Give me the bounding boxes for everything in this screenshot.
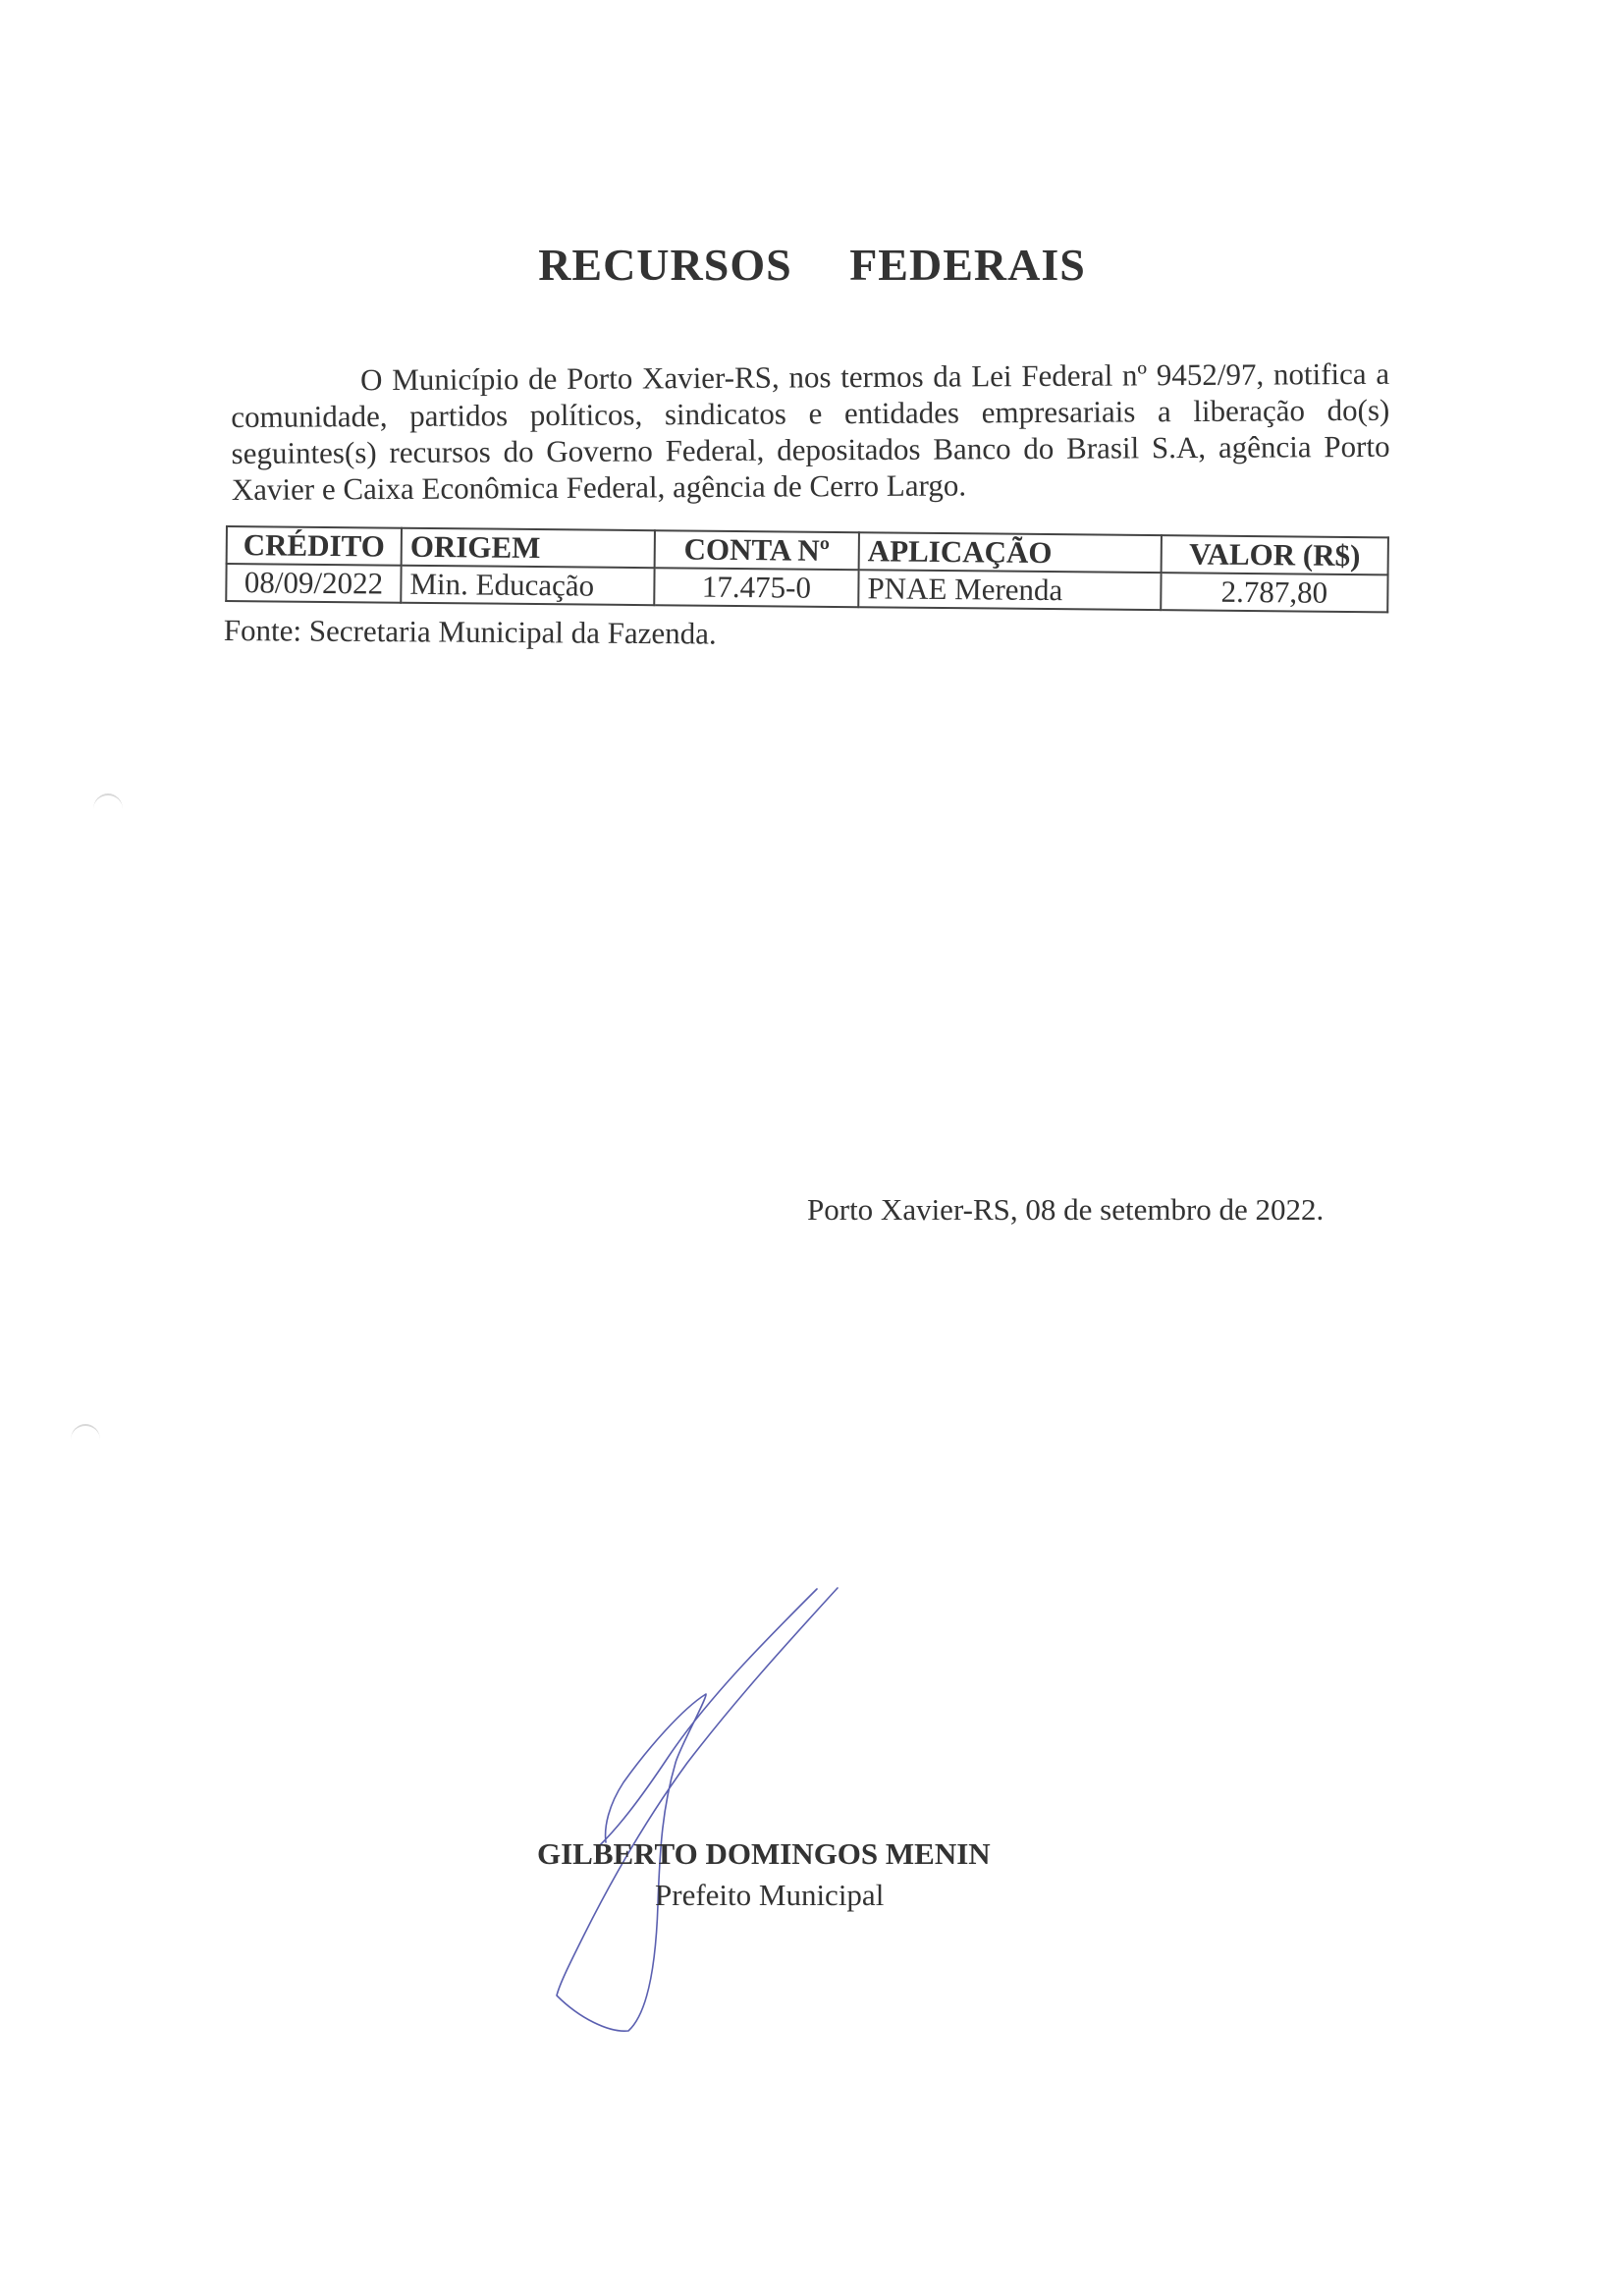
header-aplicacao: APLICAÇÃO [859,532,1162,573]
notice-text: O Município de Porto Xavier-RS, nos term… [231,356,1389,507]
cell-valor: 2.787,80 [1161,573,1387,612]
place-date: Porto Xavier-RS, 08 de setembro de 2022. [807,1192,1324,1228]
handwritten-signature [511,1552,1060,2062]
header-credito: CRÉDITO [227,526,402,566]
cell-credito: 08/09/2022 [226,564,401,603]
header-conta: CONTA Nº [655,530,859,570]
punch-hole-mark [93,793,123,825]
cell-conta: 17.475-0 [654,568,858,607]
cell-aplicacao: PNAE Merenda [858,570,1161,610]
header-valor: VALOR (R$) [1162,535,1388,574]
document-title: RECURSOS FEDERAIS [0,239,1624,291]
resources-table-container: CRÉDITO ORIGEM CONTA Nº APLICAÇÃO VALOR … [225,525,1389,613]
resources-table: CRÉDITO ORIGEM CONTA Nº APLICAÇÃO VALOR … [225,525,1389,613]
cell-origem: Min. Educação [401,566,654,605]
signatory-role: Prefeito Municipal [655,1878,884,1913]
notice-paragraph: O Município de Porto Xavier-RS, nos term… [231,355,1390,508]
signatory-name: GILBERTO DOMINGOS MENIN [537,1836,991,1872]
header-origem: ORIGEM [402,528,655,568]
punch-hole-mark [71,1424,100,1455]
source-note: Fonte: Secretaria Municipal da Fazenda. [224,613,717,652]
